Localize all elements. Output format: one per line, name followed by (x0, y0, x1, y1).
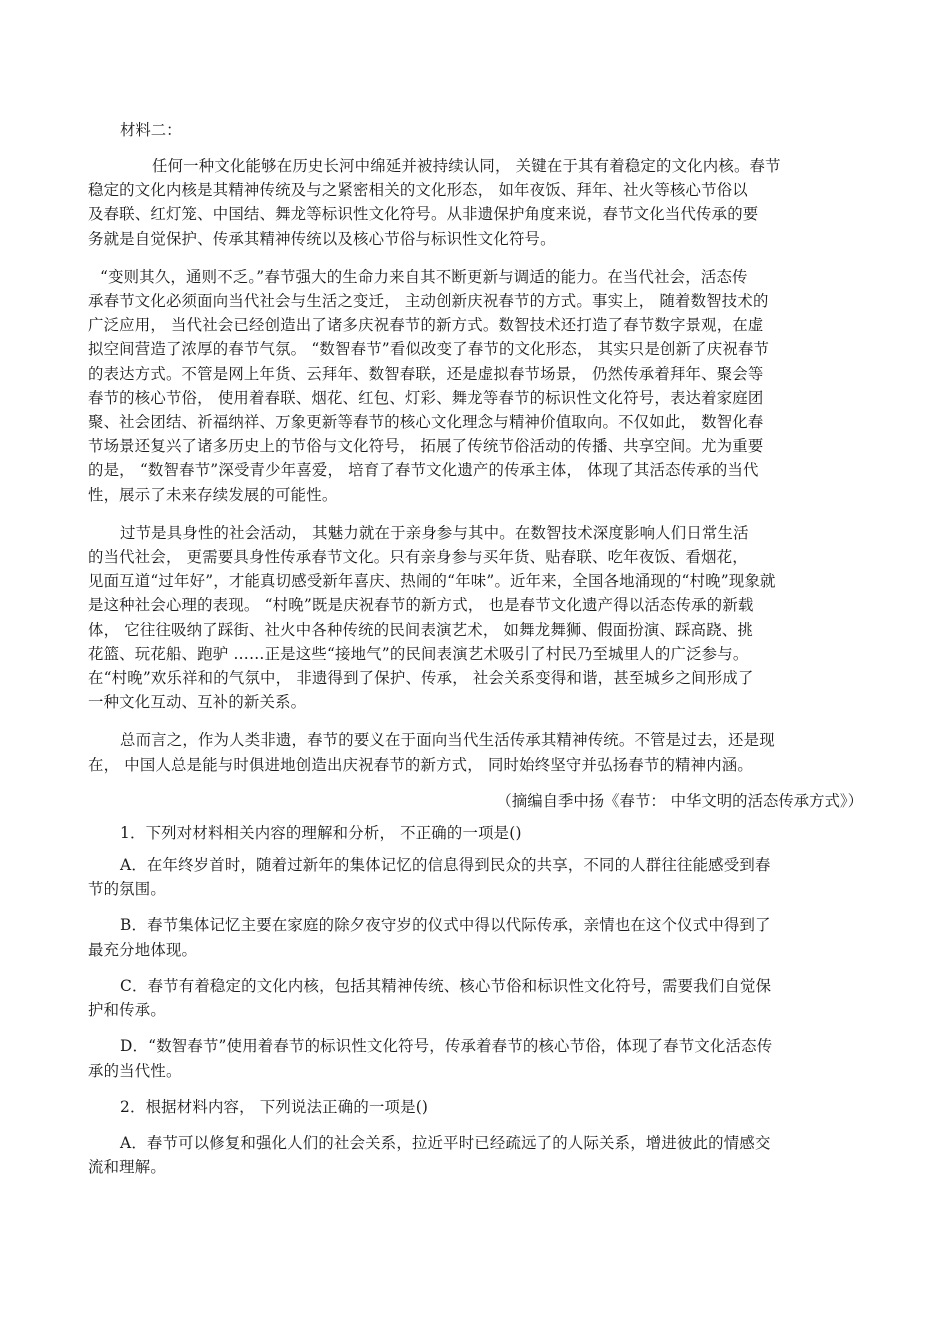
paragraph-1: 任何一种文化能够在历史长河中绵延并被持续认同， 关键在于其有着稳定的文化内核。春… (88, 154, 863, 251)
question-1: 1．下列对材料相关内容的理解和分析， 不正确的一项是() (88, 821, 863, 845)
question-1-option-b: B．春节集体记忆主要在家庭的除夕夜守岁的仪式中得以代际传承，亲情也在这个仪式中得… (88, 913, 863, 961)
paragraph-line: 承春节文化必须面向当代社会与生活之变迁， 主动创新庆祝春节的方式。事实上， 随着… (88, 289, 863, 313)
option-line: 护和传承。 (88, 998, 863, 1022)
paragraph-line: 广泛应用， 当代社会已经创造出了诸多庆祝春节的新方式。数智技术还打造了春节数字景… (88, 313, 863, 337)
question-stem: 1．下列对材料相关内容的理解和分析， 不正确的一项是() (88, 821, 863, 845)
paragraph-line: 是这种社会心理的表现。 “村晚”既是庆祝春节的新方式， 也是春节文化遗产得以活态… (88, 593, 863, 617)
paragraph-line: 及春联、红灯笼、中国结、舞龙等标识性文化符号。从非遗保护角度来说，春节文化当代传… (88, 202, 863, 226)
question-1-option-a: A．在年终岁首时，随着过新年的集体记忆的信息得到民众的共享，不同的人群往往能感受… (88, 853, 863, 901)
paragraph-line: 节场景还复兴了诸多历史上的节俗与文化符号， 拓展了传统节俗活动的传播、共享空间。… (88, 434, 863, 458)
paragraph-line: 拟空间营造了浓厚的春节气氛。 “数智春节”看似改变了春节的文化形态， 其实只是创… (88, 337, 863, 361)
paragraph-line: 花篮、玩花船、跑驴 ……正是这些“接地气”的民间表演艺术吸引了村民乃至城里人的广… (88, 642, 863, 666)
paragraph-line: 见面互道“过年好”，才能真切感受新年喜庆、热闹的“年味”。近年来，全国各地涌现的… (88, 569, 863, 593)
paragraph-line: 总而言之，作为人类非遗，春节的要义在于面向当代生活传承其精神传统。不管是过去，还… (88, 728, 863, 752)
paragraph-line: 过节是具身性的社会活动， 其魅力就在于亲身参与其中。在数智技术深度影响人们日常生… (88, 521, 863, 545)
question-2: 2．根据材料内容， 下列说法正确的一项是() (88, 1095, 863, 1119)
question-1-option-d: D．“数智春节”使用着春节的标识性文化符号，传承着春节的核心节俗，体现了春节文化… (88, 1034, 863, 1082)
paragraph-line: 一种文化互动、互补的新关系。 (88, 690, 863, 714)
paragraph-line: 的是， “数智春节”深受青少年喜爱， 培育了春节文化遗产的传承主体， 体现了其活… (88, 458, 863, 482)
question-stem: 2．根据材料内容， 下列说法正确的一项是() (88, 1095, 863, 1119)
paragraph-line: “变则其久，通则不乏。”春节强大的生命力来自其不断更新与调适的能力。在当代社会，… (88, 265, 863, 289)
paragraph-line: 聚、社会团结、祈福纳祥、万象更新等春节的核心文化理念与精神价值取向。不仅如此， … (88, 410, 863, 434)
option-line: B．春节集体记忆主要在家庭的除夕夜守岁的仪式中得以代际传承，亲情也在这个仪式中得… (88, 913, 863, 937)
document-page: 材料二： 任何一种文化能够在历史长河中绵延并被持续认同， 关键在于其有着稳定的文… (88, 118, 863, 1179)
paragraph-line: 稳定的文化内核是其精神传统及与之紧密相关的文化形态， 如年夜饭、拜年、社火等核心… (88, 178, 863, 202)
source-citation: （摘编自季中扬《春节： 中华文明的活态传承方式》） (88, 789, 863, 813)
option-line: A．春节可以修复和强化人们的社会关系，拉近平时已经疏远了的人际关系，增进彼此的情… (88, 1131, 863, 1155)
paragraph-line: 的表达方式。不管是网上年货、云拜年、数智春联，还是虚拟春节场景， 仍然传承着拜年… (88, 362, 863, 386)
option-line: 最充分地体现。 (88, 938, 863, 962)
paragraph-line: 在“村晚”欢乐祥和的气氛中， 非遗得到了保护、传承， 社会关系变得和谐，甚至城乡… (88, 666, 863, 690)
paragraph-line: 性，展示了未来存续发展的可能性。 (88, 483, 863, 507)
option-line: C．春节有着稳定的文化内核，包括其精神传统、核心节俗和标识性文化符号，需要我们自… (88, 974, 863, 998)
paragraph-line: 的当代社会， 更需要具身性传承春节文化。只有亲身参与买年货、贴春联、吃年夜饭、看… (88, 545, 863, 569)
paragraph-line: 体， 它往往吸纳了踩街、社火中各种传统的民间表演艺术， 如舞龙舞狮、假面扮演、踩… (88, 618, 863, 642)
paragraph-2: “变则其久，通则不乏。”春节强大的生命力来自其不断更新与调适的能力。在当代社会，… (88, 265, 863, 507)
paragraph-3: 过节是具身性的社会活动， 其魅力就在于亲身参与其中。在数智技术深度影响人们日常生… (88, 521, 863, 715)
option-line: A．在年终岁首时，随着过新年的集体记忆的信息得到民众的共享，不同的人群往往能感受… (88, 853, 863, 877)
question-1-option-c: C．春节有着稳定的文化内核，包括其精神传统、核心节俗和标识性文化符号，需要我们自… (88, 974, 863, 1022)
paragraph-line: 务就是自觉保护、传承其精神传统以及核心节俗与标识性文化符号。 (88, 227, 863, 251)
option-line: 节的氛围。 (88, 877, 863, 901)
material-title: 材料二： (88, 118, 863, 142)
question-2-option-a: A．春节可以修复和强化人们的社会关系，拉近平时已经疏远了的人际关系，增进彼此的情… (88, 1131, 863, 1179)
paragraph-line: 春节的核心节俗， 使用着春联、烟花、红包、灯彩、舞龙等春节的标识性文化符号，表达… (88, 386, 863, 410)
paragraph-4: 总而言之，作为人类非遗，春节的要义在于面向当代生活传承其精神传统。不管是过去，还… (88, 728, 863, 776)
option-line: 流和理解。 (88, 1155, 863, 1179)
option-line: 承的当代性。 (88, 1059, 863, 1083)
paragraph-line: 任何一种文化能够在历史长河中绵延并被持续认同， 关键在于其有着稳定的文化内核。春… (88, 154, 863, 178)
option-line: D．“数智春节”使用着春节的标识性文化符号，传承着春节的核心节俗，体现了春节文化… (88, 1034, 863, 1058)
paragraph-line: 在， 中国人总是能与时俱进地创造出庆祝春节的新方式， 同时始终坚守并弘扬春节的精… (88, 753, 863, 777)
